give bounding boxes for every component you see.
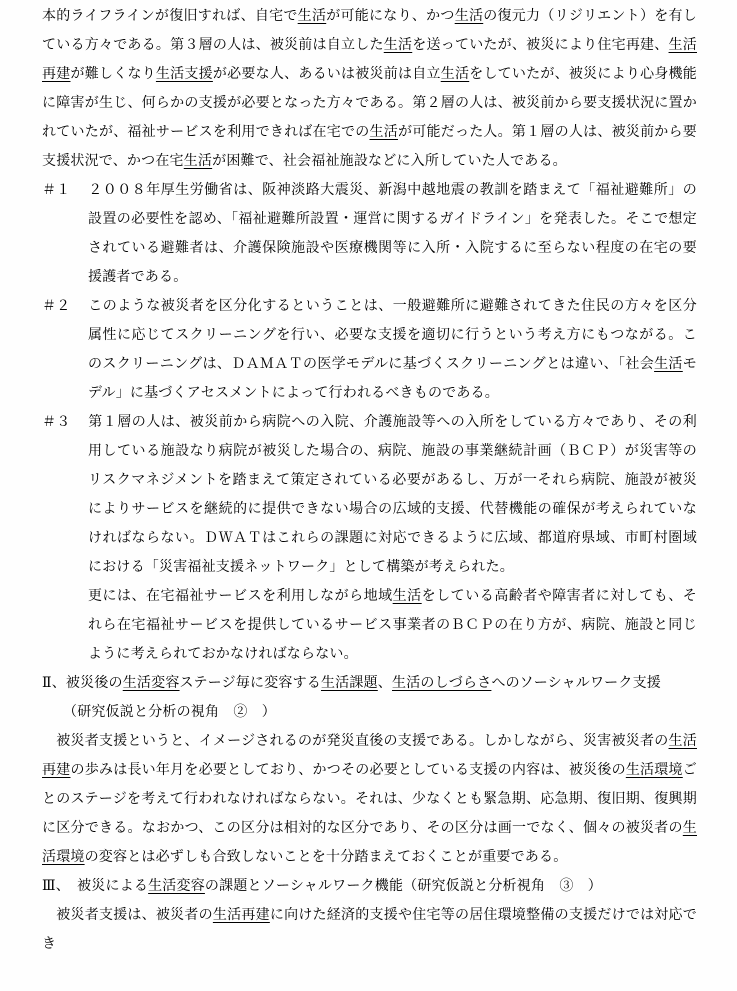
intro-paragraph: 本的ライフラインが復旧すれば、自宅で生活が可能になり、かつ生活の復元力（リジリエ… xyxy=(42,2,697,176)
text-run: ２００８年厚生労働省は、阪神淡路大震災、新潟中越地震の教訓を踏まえて「福祉避難所… xyxy=(88,183,697,285)
section-3-paragraph: 被災者支援は、被災者の生活再建に向けた経済的支援や住宅等の居住環境整備の支援だけ… xyxy=(42,901,697,959)
text-run: 本的ライフラインが復旧すれば、自宅で xyxy=(42,9,298,24)
underlined-term: 生活のしづらさ xyxy=(392,676,491,691)
text-run: 被災者支援は、被災者の xyxy=(42,908,213,923)
underlined-term: 生活 xyxy=(384,38,412,53)
section-2-paragraph: 被災者支援というと、イメージされるのが発災直後の支援である。しかしながら、災害被… xyxy=(42,727,697,872)
document-page: 本的ライフラインが復旧すれば、自宅で生活が可能になり、かつ生活の復元力（リジリエ… xyxy=(0,0,737,991)
footnote-3: ＃３第１層の人は、被災前から病院への入院、介護施設等への入所をしている方々であり… xyxy=(42,408,697,582)
underlined-term: 生活 xyxy=(184,154,212,169)
underlined-term: 生活変容 xyxy=(148,879,205,894)
text-run: Ⅱ、被災後の xyxy=(42,676,123,691)
text-run: 被災者支援というと、イメージされるのが発災直後の支援である。しかしながら、災害被… xyxy=(42,734,669,749)
text-run: が困難で、社会福祉施設などに入所していた人である。 xyxy=(212,154,567,169)
footnote-1-marker: ＃１ xyxy=(42,176,88,205)
text-run: が難しくなり xyxy=(70,67,155,82)
underlined-term: 生活課題 xyxy=(321,676,378,691)
text-run: ステージ毎に変容する xyxy=(180,676,321,691)
underlined-term: 生活 xyxy=(654,357,683,372)
text-run: の変容とは必ずしも合致しないことを十分踏まえておくことが重要である。 xyxy=(85,850,568,865)
text-run: 、 xyxy=(378,676,392,691)
footnote-2-text: このような被災者を区分化するということは、一般避難所に避難されてきた住民の方々を… xyxy=(88,299,697,401)
underlined-term: 生活再建 xyxy=(213,908,270,923)
text-run: 第１層の人は、被災前から病院への入院、介護施設等への入所をしている方々であり、そ… xyxy=(88,415,697,575)
section-2-subheading: （研究仮説と分析の視角 ② ） xyxy=(42,698,697,727)
footnote-3-text: 第１層の人は、被災前から病院への入院、介護施設等への入所をしている方々であり、そ… xyxy=(88,415,697,575)
underlined-term: 生活 xyxy=(298,9,327,24)
underlined-term: 生活変容 xyxy=(123,676,180,691)
footnote-1-text: ２００８年厚生労働省は、阪神淡路大震災、新潟中越地震の教訓を踏まえて「福祉避難所… xyxy=(88,183,697,285)
text-run: が必要な人、あるいは被災前は自立 xyxy=(213,67,441,82)
underlined-term: 生活 xyxy=(370,125,398,140)
footnote-2: ＃２このような被災者を区分化するということは、一般避難所に避難されてきた住民の方… xyxy=(42,292,697,408)
text-run: このような被災者を区分化するということは、一般避難所に避難されてきた住民の方々を… xyxy=(88,299,697,372)
underlined-term: 生活 xyxy=(393,589,422,604)
text-run: Ⅲ、 被災による xyxy=(42,879,148,894)
text-run: の歩みは長い年月を必要としており、かつその必要としている支援の内容は、被災後の xyxy=(70,763,625,778)
section-3-heading: Ⅲ、 被災による生活変容の課題とソーシャルワーク機能（研究仮説と分析視角 ③ ） xyxy=(42,872,697,901)
text-run: の課題とソーシャルワーク機能（研究仮説と分析視角 ③ ） xyxy=(205,879,602,894)
section-2-heading: Ⅱ、被災後の生活変容ステージ毎に変容する生活課題、生活のしづらさへのソーシャルワ… xyxy=(42,669,697,698)
underlined-term: 生活環境 xyxy=(626,763,683,778)
text-run: 更には、在宅福祉サービスを利用しながら地域 xyxy=(88,589,393,604)
footnote-3-marker: ＃３ xyxy=(42,408,88,437)
footnote-2-marker: ＃２ xyxy=(42,292,88,321)
underlined-term: 生活支援 xyxy=(156,67,213,82)
underlined-term: 生活 xyxy=(441,67,469,82)
text-run: が可能になり、かつ xyxy=(326,9,454,24)
footnote-1: ＃１２００８年厚生労働省は、阪神淡路大震災、新潟中越地震の教訓を踏まえて「福祉避… xyxy=(42,176,697,292)
text-run: へのソーシャルワーク支援 xyxy=(491,676,661,691)
footnote-3-continuation: 更には、在宅福祉サービスを利用しながら地域生活をしている高齢者や障害者に対しても… xyxy=(42,582,697,669)
underlined-term: 生活 xyxy=(455,9,484,24)
text-run: を送っていたが、被災により住宅再建、 xyxy=(412,38,668,53)
